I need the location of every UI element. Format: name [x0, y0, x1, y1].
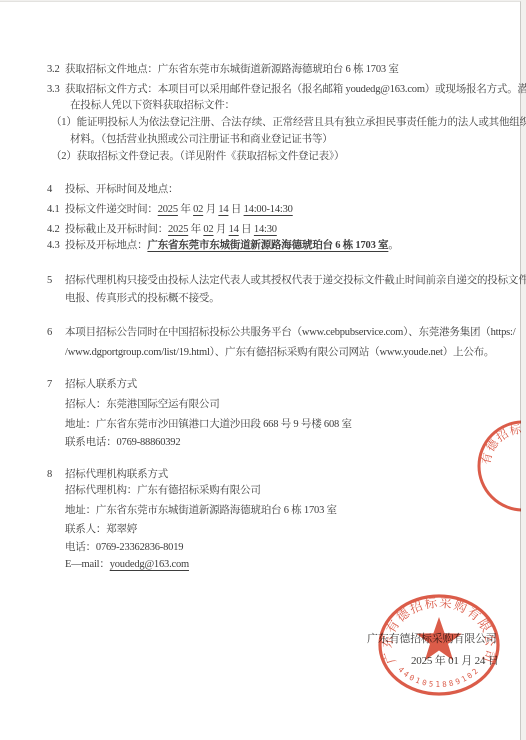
item-label: 投标文件递交时间：	[65, 204, 158, 215]
section-text: 电报、传真形式的投标概不接受。	[65, 293, 220, 304]
line-sec-7: 7招标人联系方式	[47, 378, 137, 392]
line-paren-1-cont: 材料。（包括营业执照或公司注册证书和商业登记证书等）	[70, 133, 333, 147]
tenderer-name: 招标人：东莞港国际空运有限公司	[65, 398, 220, 412]
company-seal: 广东有德招标采购有限公司 4401051889102	[376, 592, 504, 700]
agency-address: 地址：广东省东莞市东城街道新源路海德琥珀台 6 栋 1703 室	[65, 504, 337, 518]
separator: 月	[203, 204, 218, 215]
line-sec-5-cont: 电报、传真形式的投标概不接受。	[65, 292, 220, 306]
item-text: （2）获取招标文件登记表。（详见附件《获取招标文件登记表》）	[51, 151, 344, 162]
agency-email: E—mail：youdedg@163.com	[65, 558, 189, 572]
agency-phone: 电话：0769-23362836-8019	[65, 541, 183, 555]
seal-star	[416, 617, 462, 660]
section-number: 5	[47, 274, 65, 288]
line-sec-5: 5招标代理机构只接受由投标人法定代表人或其授权代表于递交投标文件截止时间前亲自递…	[47, 274, 526, 288]
item-label: 投标截止及开标时间：	[65, 224, 168, 235]
partial-seal: 广东有德招标采购有限公司	[458, 418, 521, 516]
item-number: 4.1	[47, 203, 65, 217]
line-4-1: 4.1投标文件递交时间：2025 年 02 月 14 日 14:00-14:30	[47, 203, 293, 217]
item-text: 材料。（包括营业执照或公司注册证书和商业登记证书等）	[70, 134, 333, 145]
email-value: youdedg@163.com	[110, 559, 189, 570]
line-3-3-cont: 在投标人凭以下资料获取招标文件：	[70, 99, 235, 113]
tenderer-phone: 联系电话：0769-88860392	[65, 436, 180, 450]
value-time: 14:00-14:30	[244, 204, 293, 215]
line-4-2: 4.2投标截止及开标时间：2025 年 02 月 14 日 14:30	[47, 223, 277, 237]
separator: 年	[188, 224, 203, 235]
item-text: （1）能证明投标人为依法登记注册、合法存续、正常经营且具有独立承担民事责任能力的…	[51, 117, 526, 128]
section-number: 4	[47, 183, 65, 197]
line-sec-6: 6本项目招标公告同时在中国招标投标公共服务平台（www.cebpubservic…	[47, 326, 515, 340]
line-4-3: 4.3投标及开标地点：广东省东莞市东城街道新源路海德琥珀台 6 栋 1703 室…	[47, 239, 399, 253]
separator: 日	[239, 224, 254, 235]
line-sec-6-cont: /www.dgportgroup.com/list/19.html）、广东有德招…	[65, 346, 494, 360]
document-viewport: 3.2获取招标文件地点：广东省东莞市东城街道新源路海德琥珀台 6 栋 1703 …	[0, 0, 526, 740]
suffix: 。	[388, 240, 398, 251]
separator: 月	[213, 224, 228, 235]
value-address: 广东省东莞市东城街道新源路海德琥珀台 6 栋 1703 室	[147, 240, 388, 251]
seal-serial-number: 4401051889102	[396, 665, 481, 689]
item-number: 3.3	[47, 83, 65, 97]
value-year: 2025	[158, 204, 178, 215]
line-3-2: 3.2获取招标文件地点：广东省东莞市东城街道新源路海德琥珀台 6 栋 1703 …	[47, 63, 399, 77]
section-text: 招标代理机构只接受由投标人法定代表人或其授权代表于递交投标文件截止时间前亲自递交…	[65, 275, 526, 286]
section-text: 本项目招标公告同时在中国招标投标公共服务平台（www.cebpubservice…	[65, 327, 515, 338]
item-number: 4.2	[47, 223, 65, 237]
tenderer-address: 地址：广东省东莞市沙田镇港口大道沙田段 668 号 9 号楼 608 室	[65, 418, 352, 432]
item-text: 获取招标文件方式：本项目可以采用邮件登记报名（报名邮箱 youdedg@163.…	[65, 84, 526, 95]
value-year: 2025	[168, 224, 188, 235]
line-sec-4: 4投标、开标时间及地点：	[47, 183, 178, 197]
line-paren-2: （2）获取招标文件登记表。（详见附件《获取招标文件登记表》）	[51, 150, 344, 164]
item-text: 在投标人凭以下资料获取招标文件：	[70, 100, 235, 111]
svg-text:4401051889102: 4401051889102	[396, 665, 481, 689]
section-text: /www.dgportgroup.com/list/19.html）、广东有德招…	[65, 347, 494, 358]
value-month: 02	[203, 224, 213, 235]
item-number: 3.2	[47, 63, 65, 77]
item-text: 获取招标文件地点：广东省东莞市东城街道新源路海德琥珀台 6 栋 1703 室	[65, 64, 399, 75]
document-page: 3.2获取招标文件地点：广东省东莞市东城街道新源路海德琥珀台 6 栋 1703 …	[0, 1, 521, 740]
section-title: 招标人联系方式	[65, 379, 137, 390]
item-label: 投标及开标地点：	[65, 240, 147, 251]
email-label: E—mail：	[65, 559, 110, 570]
line-paren-1: （1）能证明投标人为依法登记注册、合法存续、正常经营且具有独立承担民事责任能力的…	[51, 116, 526, 130]
value-month: 02	[193, 204, 203, 215]
section-number: 6	[47, 326, 65, 340]
seal-arc-text: 广东有德招标采购有限公司	[458, 418, 521, 466]
section-title: 投标、开标时间及地点：	[65, 184, 178, 195]
separator: 年	[178, 204, 193, 215]
separator: 日	[228, 204, 243, 215]
agency-contact: 联系人：郑翠婷	[65, 523, 137, 537]
section-title: 招标代理机构联系方式	[65, 469, 168, 480]
agency-name: 招标代理机构：广东有德招标采购有限公司	[65, 484, 261, 498]
svg-text:广东有德招标采购有限公司: 广东有德招标采购有限公司	[458, 418, 521, 466]
section-number: 8	[47, 468, 65, 482]
line-sec-8: 8招标代理机构联系方式	[47, 468, 168, 482]
value-day: 14	[229, 224, 239, 235]
value-time: 14:30	[254, 224, 277, 235]
value-day: 14	[218, 204, 228, 215]
line-3-3: 3.3获取招标文件方式：本项目可以采用邮件登记报名（报名邮箱 youdedg@1…	[47, 83, 526, 97]
section-number: 7	[47, 378, 65, 392]
item-number: 4.3	[47, 239, 65, 253]
